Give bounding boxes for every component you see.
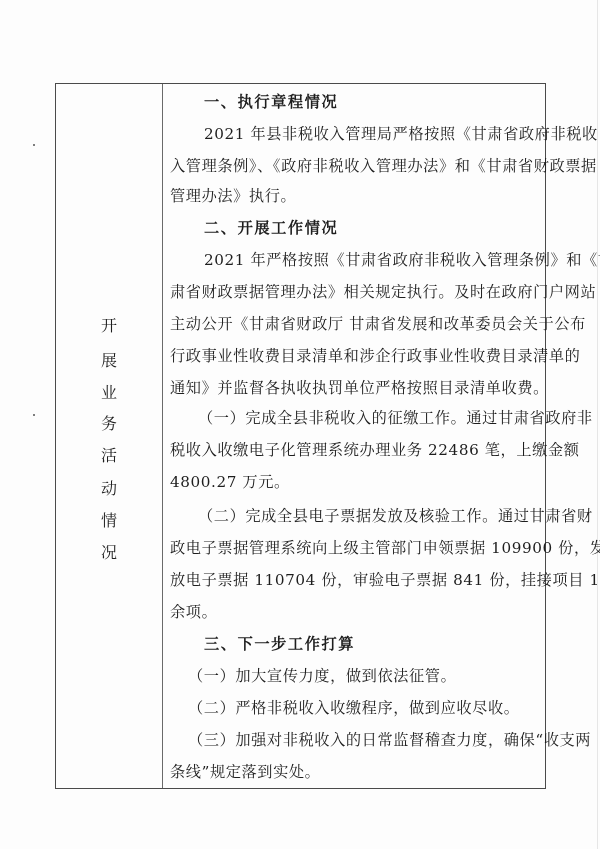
column-divider [162,84,163,788]
report-table: 开 展 业 务 活 动 情 况 一、执行章程情况 2021 年县非税收入管理局严… [55,83,546,789]
list-item-line: （二）完成全县电子票据发放及核验工作。通过甘肃省财 [198,506,593,526]
list-item-line: 条线”规定落到实处。 [170,762,320,782]
paragraph-line: 2021 年严格按照《甘肃省政府非税收入管理条例》和《甘 [204,250,600,270]
margin-dot [33,144,35,146]
list-item-line: （二）严格非税收入收缴程序，做到应收尽收。 [188,698,520,718]
list-item-line: 4800.27 万元。 [170,472,290,492]
list-item-line: （一）完成全县非税收入的征缴工作。通过甘肃省政府非 [198,408,593,428]
list-item-line: 政电子票据管理系统向上级主管部门申领票据 109900 份，发 [170,538,600,558]
paragraph-line: 主动公开《甘肃省财政厅 甘肃省发展和改革委员会关于公布 [170,314,586,334]
list-item-line: 税收入收缴电子化管理系统办理业务 22486 笔，上缴金额 [170,440,580,460]
row-label-char: 动 [56,479,162,499]
list-item-line: 余项。 [170,602,217,622]
row-label-char: 活 [56,446,162,466]
paragraph-line: 入管理条例》、《政府非税收入管理办法》和《甘肃省财政票据 [170,156,597,176]
list-item-line: 放电子票据 110704 份，审验电子票据 841 份，挂接项目 1000 [170,570,600,590]
section-heading: 三、下一步工作打算 [204,634,355,654]
paragraph-line: 通知》并监督各执收执罚单位严格按照目录清单收费。 [170,378,549,398]
row-label-char: 业 [56,383,162,403]
list-item-line: （三）加强对非税收入的日常监督稽查力度，确保“收支两 [188,730,591,750]
row-label-cell: 开 展 业 务 活 动 情 况 [56,84,162,788]
row-label-char: 展 [56,351,162,371]
row-label-char: 开 [56,316,162,336]
list-item-line: （一）加大宣传力度，做到依法征管。 [188,666,456,686]
paragraph-line: 管理办法》执行。 [170,186,296,206]
paragraph-line: 肃省财政票据管理办法》相关规定执行。及时在政府门户网站 [170,282,596,302]
margin-dot [33,414,35,416]
section-heading: 一、执行章程情况 [204,92,338,112]
row-label-char: 务 [56,414,162,434]
row-label-char: 况 [56,543,162,563]
section-heading: 二、开展工作情况 [204,218,338,238]
row-label-char: 情 [56,511,162,531]
paragraph-line: 行政事业性收费目录清单和涉企行政事业性收费目录清单的 [170,346,580,366]
paragraph-line: 2021 年县非税收入管理局严格按照《甘肃省政府非税收 [204,124,598,144]
